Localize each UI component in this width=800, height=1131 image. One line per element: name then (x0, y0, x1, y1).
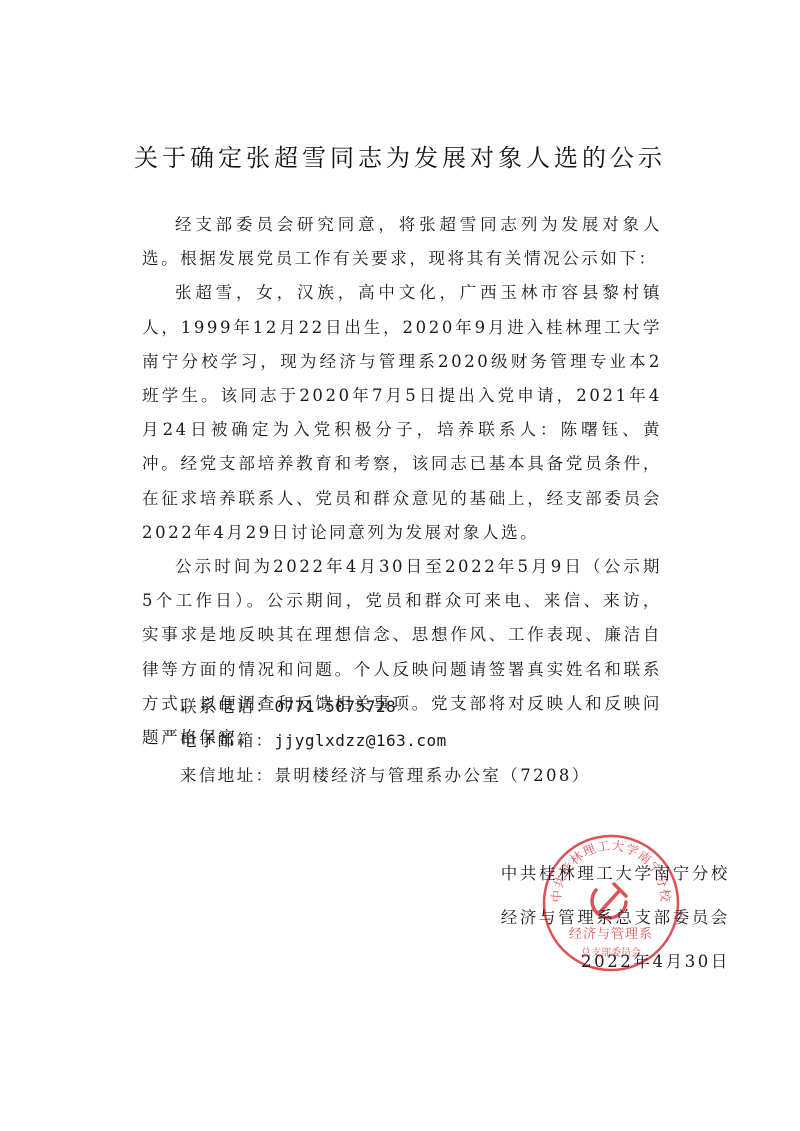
email-label: 电子邮箱： (180, 731, 275, 750)
signature-block: 中共桂林理工大学南宁分校 经济与管理系总支部委员会 2022年4月30日 (501, 852, 730, 984)
contact-address: 来信地址：景明楼经济与管理系办公室（7208） (180, 759, 591, 793)
document-body: 经支部委员会研究同意，将张超雪同志列为发展对象人选。根据发展党员工作有关要求，现… (142, 208, 662, 755)
document-page: 关于确定张超雪同志为发展对象人选的公示 经支部委员会研究同意，将张超雪同志列为发… (0, 0, 800, 1131)
contact-phone: 联系电话：0771-5075728 (180, 690, 591, 724)
paragraph-candidate-info: 张超雪，女，汉族，高中文化，广西玉林市容县黎村镇人，1999年12月22日出生，… (142, 276, 662, 550)
signature-org-line2: 经济与管理系总支部委员会 (501, 896, 730, 940)
contact-block: 联系电话：0771-5075728 电子邮箱：jjyglxdzz@163.com… (180, 690, 591, 793)
signature-org-line1: 中共桂林理工大学南宁分校 (501, 852, 730, 896)
phone-label: 联系电话： (180, 697, 275, 716)
paragraph-intro: 经支部委员会研究同意，将张超雪同志列为发展对象人选。根据发展党员工作有关要求，现… (142, 208, 662, 276)
email-value: jjyglxdzz@163.com (275, 731, 447, 750)
contact-email: 电子邮箱：jjyglxdzz@163.com (180, 724, 591, 758)
address-label: 来信地址： (180, 766, 275, 785)
signature-date: 2022年4月30日 (501, 940, 730, 984)
phone-value: 0771-5075728 (275, 697, 397, 716)
document-title: 关于确定张超雪同志为发展对象人选的公示 (0, 138, 800, 173)
address-value: 景明楼经济与管理系办公室（7208） (275, 766, 591, 785)
